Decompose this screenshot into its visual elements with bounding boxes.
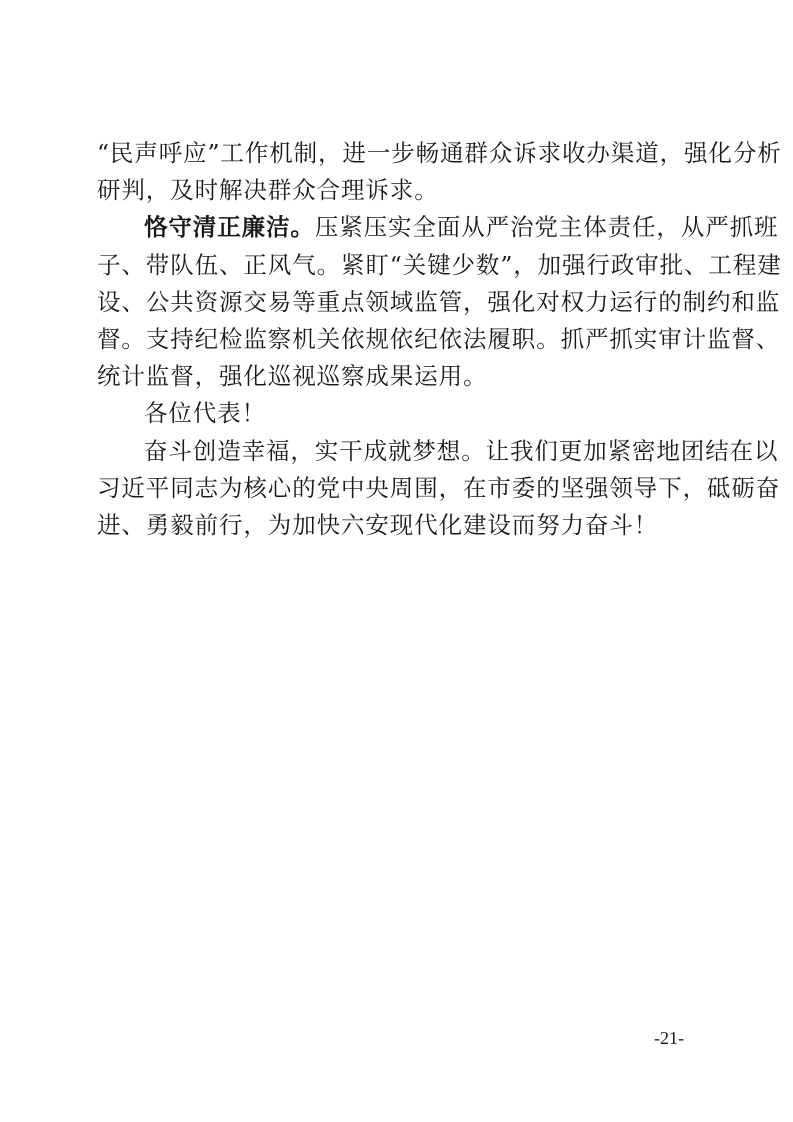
text-line: 设、公共资源交易等重点领域监管，强化对权力运行的制约和监 xyxy=(97,284,713,321)
text-line: 督。支持纪检监察机关依规依纪依法履职。抓严抓实审计监督、 xyxy=(97,321,713,358)
text-line-body: 压紧压实全面从严治党主体责任，从严抓班 xyxy=(315,213,779,241)
text-line: 子、带队伍、正风气。紧盯“关键少数”，加强行政审批、工程建 xyxy=(97,247,713,284)
text-line: 奋斗创造幸福，实干成就梦想。让我们更加紧密地团结在以 xyxy=(97,433,713,470)
section-heading: 恪守清正廉洁。 xyxy=(144,213,315,241)
paragraph-continuation: “民声呼应”工作机制，进一步畅通群众诉求收办渠道，强化分析 研判，及时解决群众合… xyxy=(97,135,713,209)
page-number: -21- xyxy=(654,1028,684,1049)
text-line: “民声呼应”工作机制，进一步畅通群众诉求收办渠道，强化分析 xyxy=(97,135,713,172)
document-body: “民声呼应”工作机制，进一步畅通群众诉求收办渠道，强化分析 研判，及时解决群众合… xyxy=(97,135,713,544)
text-line: 习近平同志为核心的党中央周围，在市委的坚强领导下，砥砺奋 xyxy=(97,470,713,507)
paragraph-closing: 奋斗创造幸福，实干成就梦想。让我们更加紧密地团结在以 习近平同志为核心的党中央周… xyxy=(97,433,713,545)
text-line: 研判，及时解决群众合理诉求。 xyxy=(97,172,713,209)
paragraph-address: 各位代表！ xyxy=(97,395,713,432)
text-line: 进、勇毅前行，为加快六安现代化建设而努力奋斗！ xyxy=(97,507,713,544)
text-line: 恪守清正廉洁。压紧压实全面从严治党主体责任，从严抓班 xyxy=(97,209,713,246)
paragraph-integrity: 恪守清正廉洁。压紧压实全面从严治党主体责任，从严抓班 子、带队伍、正风气。紧盯“… xyxy=(97,209,713,395)
text-line: 统计监督，强化巡视巡察成果运用。 xyxy=(97,358,713,395)
text-line: 各位代表！ xyxy=(97,395,713,432)
